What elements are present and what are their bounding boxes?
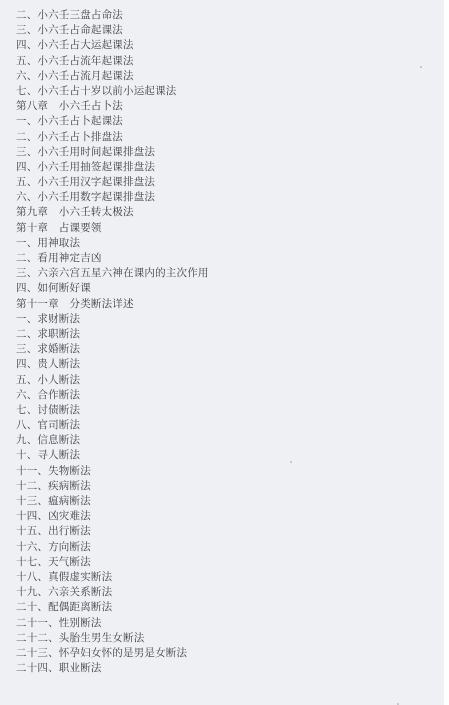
toc-section: 十、寻人断法 (16, 448, 209, 463)
toc-section: 三、小六壬占命起课法 (16, 23, 209, 38)
toc-section: 十二、疾病断法 (16, 479, 209, 494)
toc-chapter-heading: 第十一章 分类断法详述 (16, 297, 209, 312)
toc-section: 二十一、性别断法 (16, 616, 209, 631)
toc-section: 一、求财断法 (16, 312, 209, 327)
toc-section: 七、讨债断法 (16, 403, 209, 418)
toc-section: 六、合作断法 (16, 388, 209, 403)
toc-section: 十一、失物断法 (16, 464, 209, 479)
toc-section: 五、小六壬占流年起课法 (16, 54, 209, 69)
toc-section: 二十二、头胎生男生女断法 (16, 631, 209, 646)
toc-chapter-heading: 第九章 小六壬转太极法 (16, 205, 209, 220)
toc-section: 十九、六亲关系断法 (16, 585, 209, 600)
scan-speck (290, 461, 292, 463)
toc-section: 六、小六壬占流月起课法 (16, 69, 209, 84)
toc-section: 十五、出行断法 (16, 524, 209, 539)
toc-section: 二、看用神定吉凶 (16, 251, 209, 266)
toc-chapter-heading: 第八章 小六壬占卜法 (16, 99, 209, 114)
toc-section: 八、官司断法 (16, 418, 209, 433)
scan-speck (420, 66, 422, 68)
toc-section: 五、小六壬用汉字起课排盘法 (16, 175, 209, 190)
toc-section: 二、求职断法 (16, 327, 209, 342)
toc-section: 七、小六壬占十岁以前小运起课法 (16, 84, 209, 99)
toc-chapter-heading: 第十章 占课要领 (16, 221, 209, 236)
toc-section: 十六、方向断法 (16, 540, 209, 555)
toc-section: 一、用神取法 (16, 236, 209, 251)
toc-section: 十四、凶灾难法 (16, 509, 209, 524)
table-of-contents: 二、小六壬三盘占命法 三、小六壬占命起课法 四、小六壬占大运起课法 五、小六壬占… (16, 8, 209, 676)
toc-section: 九、信息断法 (16, 433, 209, 448)
toc-section: 十三、瘟病断法 (16, 494, 209, 509)
toc-section: 十七、天气断法 (16, 555, 209, 570)
toc-section: 三、小六壬用时间起课排盘法 (16, 145, 209, 160)
toc-section: 二十四、职业断法 (16, 661, 209, 676)
toc-section: 二、小六壬三盘占命法 (16, 8, 209, 23)
toc-section: 二、小六壬占卜排盘法 (16, 130, 209, 145)
toc-section: 四、贵人断法 (16, 357, 209, 372)
toc-section: 六、小六壬用数字起课排盘法 (16, 190, 209, 205)
toc-section: 五、小人断法 (16, 373, 209, 388)
toc-section: 四、小六壬占大运起课法 (16, 38, 209, 53)
toc-section: 三、求婚断法 (16, 342, 209, 357)
toc-section: 一、小六壬占卜起课法 (16, 114, 209, 129)
toc-section: 二十、配偶距离断法 (16, 600, 209, 615)
scanned-page: 二、小六壬三盘占命法 三、小六壬占命起课法 四、小六壬占大运起课法 五、小六壬占… (0, 0, 444, 705)
toc-section: 十八、真假虚实断法 (16, 570, 209, 585)
toc-section: 四、如何断好课 (16, 281, 209, 296)
toc-section: 四、小六壬用抽签起课排盘法 (16, 160, 209, 175)
toc-section: 三、六亲六宫五星六神在课内的主次作用 (16, 266, 209, 281)
toc-section: 二十三、怀孕妇女怀的是男是女断法 (16, 646, 209, 661)
